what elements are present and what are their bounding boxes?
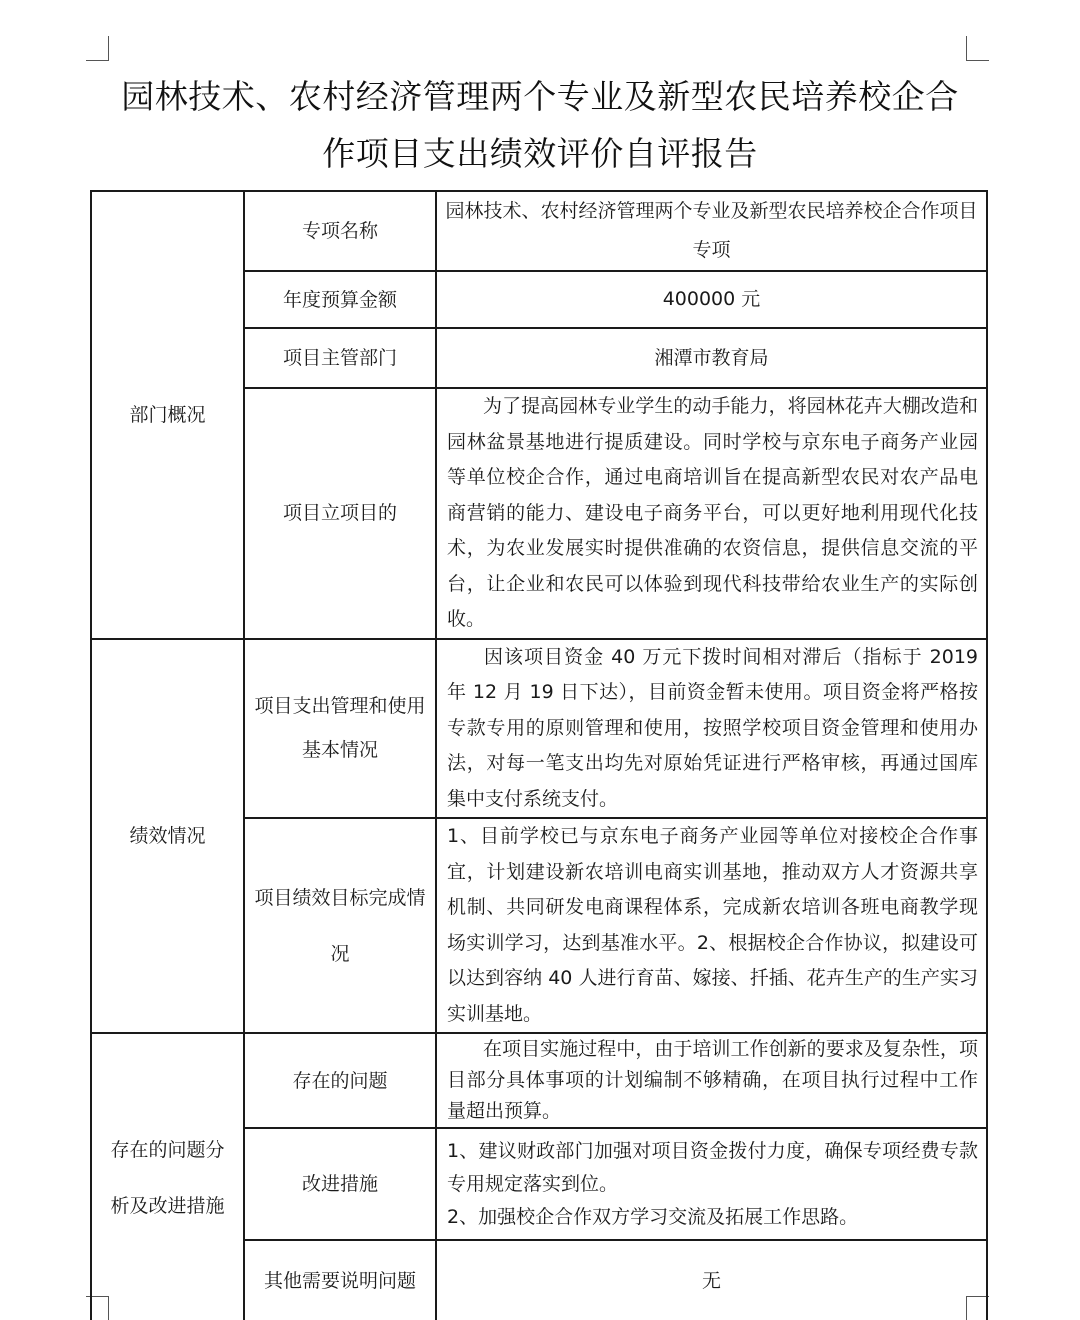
row-label-project-name: 专项名称 — [244, 191, 436, 271]
table-row: 部门概况 专项名称 园林技术、农村经济管理两个专业及新型农民培养校企合作项目专项 — [91, 191, 987, 271]
row-label-supervising-department: 项目主管部门 — [244, 328, 436, 388]
row-label-annual-budget: 年度预算金额 — [244, 271, 436, 328]
title-line-1: 园林技术、农村经济管理两个专业及新型农民培养校企合 — [90, 68, 990, 125]
document-title: 园林技术、农村经济管理两个专业及新型农民培养校企合 作项目支出绩效评价自评报告 — [90, 68, 990, 182]
title-line-2: 作项目支出绩效评价自评报告 — [90, 125, 990, 182]
existing-problems-text: 在项目实施过程中，由于培训工作创新的要求及复杂性，项目部分具体事项的计划编制不够… — [447, 1038, 978, 1122]
performance-goal-completion-value: 1、目前学校已与京东电子商务产业园等单位对接校企合作事宜，计划建设新农培训电商实… — [436, 818, 987, 1033]
project-name-value: 园林技术、农村经济管理两个专业及新型农民培养校企合作项目专项 — [436, 191, 987, 271]
other-issues-value: 无 — [436, 1240, 987, 1320]
expenditure-management-value: 因该项目资金 40 万元下拨时间相对滞后（指标于 2019 年 12 月 19 … — [436, 639, 987, 819]
section-label-department-overview: 部门概况 — [91, 191, 244, 639]
supervising-department-value: 湘潭市教育局 — [436, 328, 987, 388]
row-label-project-purpose: 项目立项目的 — [244, 388, 436, 639]
improvement-measures-value: 1、建议财政部门加强对项目资金拨付力度，确保专项经费专款专用规定落实到位。 2、… — [436, 1128, 987, 1240]
expenditure-management-text: 因该项目资金 40 万元下拨时间相对滞后（指标于 2019 年 12 月 19 … — [447, 646, 978, 810]
improvement-measure-2: 2、加强校企合作双方学习交流及拓展工作思路。 — [447, 1201, 978, 1234]
existing-problems-value: 在项目实施过程中，由于培训工作创新的要求及复杂性，项目部分具体事项的计划编制不够… — [436, 1033, 987, 1128]
row-label-improvement-measures: 改进措施 — [244, 1128, 436, 1240]
section-label-problems-and-improvements: 存在的问题分析及改进措施 — [91, 1033, 244, 1320]
table-row: 绩效情况 项目支出管理和使用基本情况 因该项目资金 40 万元下拨时间相对滞后（… — [91, 639, 987, 819]
evaluation-table: 部门概况 专项名称 园林技术、农村经济管理两个专业及新型农民培养校企合作项目专项… — [90, 190, 988, 1320]
crop-mark-top-right — [966, 36, 989, 61]
project-purpose-value: 为了提高园林专业学生的动手能力，将园林花卉大棚改造和园林盆景基地进行提质建设。同… — [436, 388, 987, 639]
row-label-other-issues: 其他需要说明问题 — [244, 1240, 436, 1320]
section-label-performance: 绩效情况 — [91, 639, 244, 1034]
row-label-existing-problems: 存在的问题 — [244, 1033, 436, 1128]
table-row: 存在的问题分析及改进措施 存在的问题 在项目实施过程中，由于培训工作创新的要求及… — [91, 1033, 987, 1128]
row-label-expenditure-management: 项目支出管理和使用基本情况 — [244, 639, 436, 819]
project-purpose-text: 为了提高园林专业学生的动手能力，将园林花卉大棚改造和园林盆景基地进行提质建设。同… — [447, 395, 978, 630]
crop-mark-top-left — [86, 36, 109, 61]
row-label-performance-goal-completion: 项目绩效目标完成情况 — [244, 818, 436, 1033]
annual-budget-value: 400000 元 — [436, 271, 987, 328]
improvement-measure-1: 1、建议财政部门加强对项目资金拨付力度，确保专项经费专款专用规定落实到位。 — [447, 1135, 978, 1201]
